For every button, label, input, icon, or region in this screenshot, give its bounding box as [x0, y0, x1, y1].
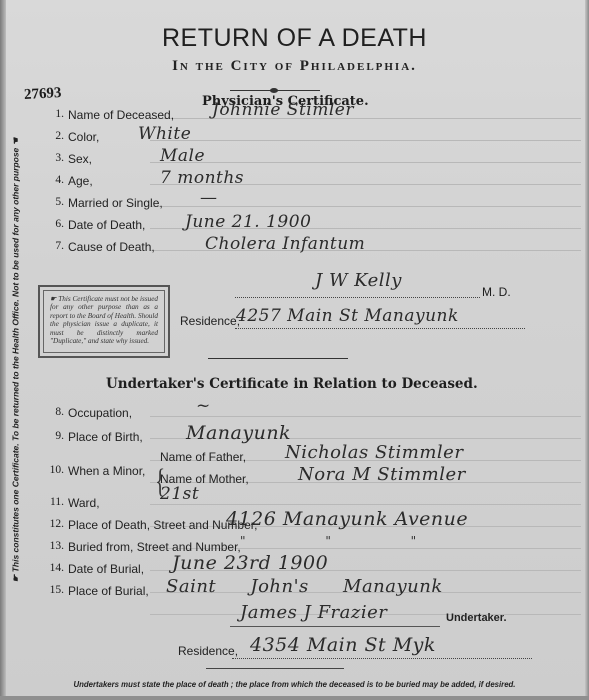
color-value: White — [138, 124, 191, 144]
occupation-value: ~ — [196, 396, 211, 416]
father-name-value: Nicholas Stimmler — [285, 442, 463, 463]
marital-status-value: — — [200, 188, 218, 208]
ward-value: 21st — [160, 484, 199, 504]
physician-notice-box: ☛ This Certificate must not be issued fo… — [38, 285, 170, 358]
place-of-birth-value: Manayunk — [186, 422, 291, 444]
date-of-burial-value: June 23rd 1900 — [172, 552, 328, 574]
physician-residence-line — [235, 328, 525, 329]
physician-residence-value: 4257 Main St Manayunk — [236, 306, 459, 326]
physician-signature: J W Kelly — [315, 270, 402, 291]
physician-signature-line — [235, 297, 480, 298]
field-when-a-minor: 10. When a Minor, — [0, 462, 589, 482]
place-of-burial-value: Saint John's Manayunk — [166, 576, 443, 597]
field-married-or-single: 5. Married or Single, — — [0, 194, 589, 214]
undertaker-residence-label: Residence, — [178, 644, 238, 658]
buried-from-value: " " " — [240, 534, 454, 548]
section-divider — [208, 358, 348, 359]
document-subtitle: In the City of Philadelphia. — [0, 58, 589, 75]
scan-bottom-edge — [0, 696, 589, 700]
undertaker-signature-line — [230, 626, 440, 627]
place-of-death-value: 4126 Manayunk Avenue — [226, 508, 468, 530]
field-name-of-deceased: 1. Name of Deceased, Johnnie Stimler — [0, 106, 589, 126]
md-suffix: M. D. — [482, 285, 511, 299]
sex-value: Male — [160, 146, 205, 166]
field-occupation: 8. Occupation, ~ — [0, 404, 589, 424]
document-title: RETURN OF A DEATH — [0, 24, 589, 53]
footer-note: Undertakers must state the place of deat… — [0, 680, 589, 689]
field-place-of-burial: 15. Place of Burial, Saint John's Manayu… — [0, 582, 589, 602]
deceased-name-value: Johnnie Stimler — [212, 100, 354, 120]
footer-divider — [206, 668, 344, 669]
undertaker-suffix: Undertaker. — [446, 612, 507, 624]
physician-notice-text: ☛ This Certificate must not be issued fo… — [43, 290, 165, 353]
field-date-of-death: 6. Date of Death, June 21. 1900 — [0, 216, 589, 236]
cause-of-death-value: Cholera Infantum — [205, 234, 365, 254]
father-name-label: Name of Father, — [160, 450, 246, 464]
undertaker-residence-line — [232, 658, 532, 659]
undertaker-residence-value: 4354 Main St Myk — [250, 634, 436, 656]
certificate-number: 27693 — [24, 85, 62, 104]
undertaker-certificate-heading: Undertaker's Certificate in Relation to … — [106, 376, 478, 392]
mother-name-value: Nora M Stimmler — [298, 464, 466, 485]
date-of-death-value: June 21. 1900 — [185, 212, 311, 232]
undertaker-signature: James J Frazier — [240, 602, 387, 623]
death-certificate-page: ☛ This constitutes one Certificate. To b… — [0, 0, 589, 700]
physician-residence-label: Residence, — [180, 314, 240, 328]
ornament-divider — [230, 90, 320, 91]
field-cause-of-death: 7. Cause of Death, Cholera Infantum — [0, 238, 589, 258]
field-place-of-death: 12. Place of Death, Street and Number, 4… — [0, 516, 589, 536]
field-sex: 3. Sex, Male — [0, 150, 589, 170]
age-value: 7 months — [160, 168, 244, 188]
field-age: 4. Age, 7 months — [0, 172, 589, 192]
field-color: 2. Color, White — [0, 128, 589, 148]
